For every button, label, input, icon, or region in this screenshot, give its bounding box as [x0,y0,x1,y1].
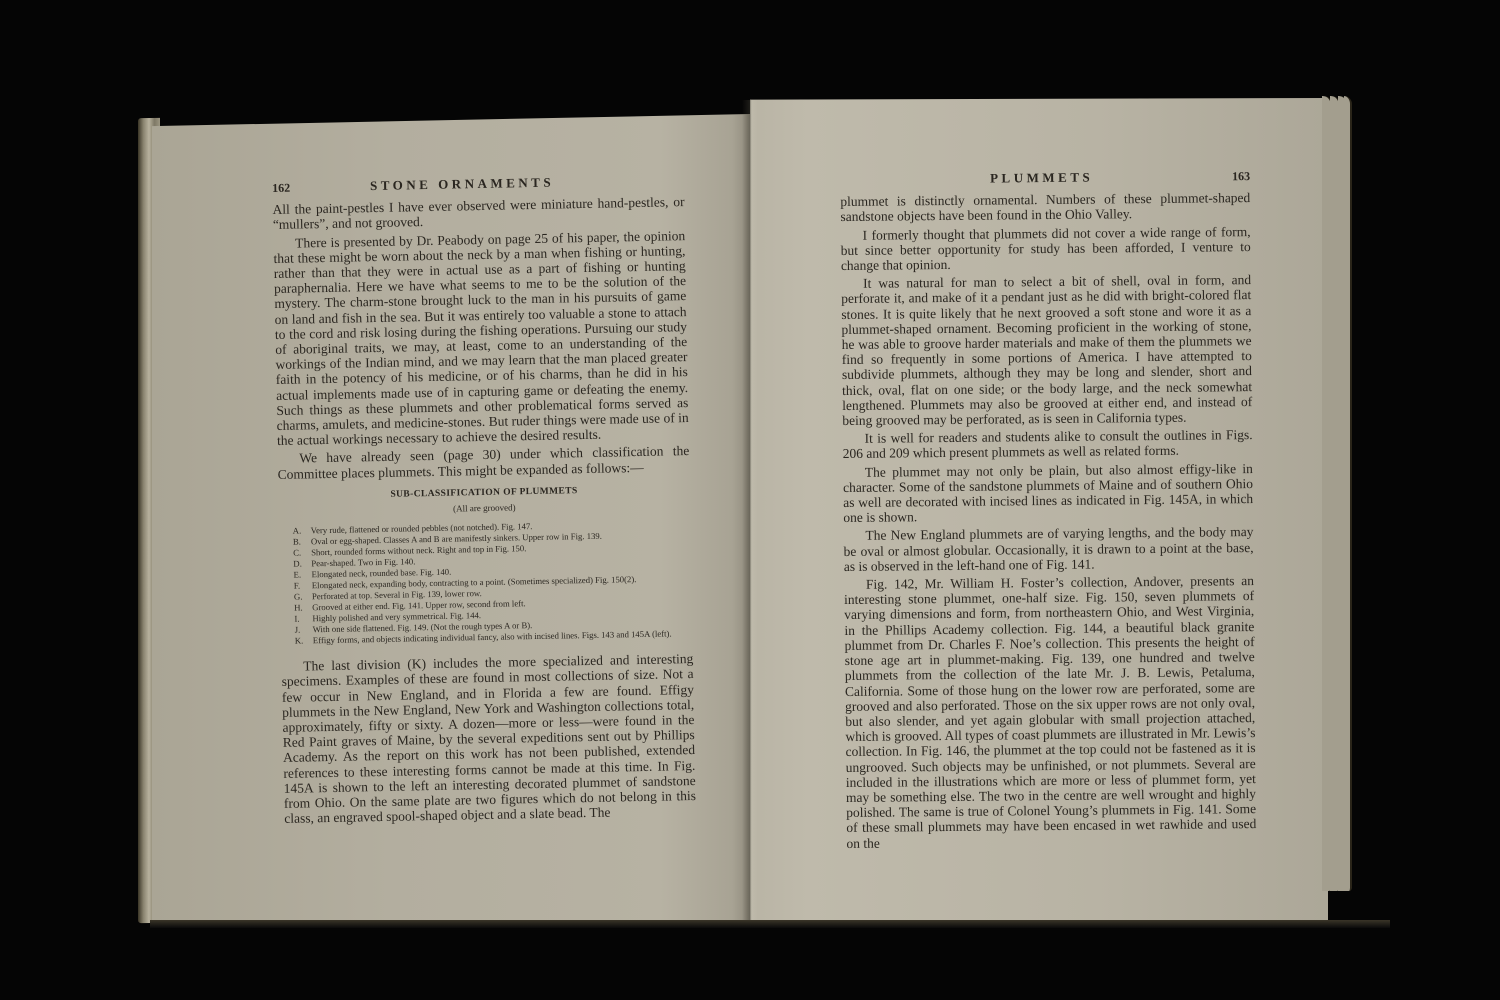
open-book: 162 STONE ORNAMENTS All the paint-pestle… [0,0,1500,1000]
page-number-right: 163 [1232,169,1250,184]
running-title-right: PLUMMETS [990,170,1093,186]
paragraph: All the paint-pestles I have ever observ… [272,194,685,232]
book-bottom-shadow [150,920,1390,928]
classification-list: A.Very rude, flattened or rounded pebble… [293,518,693,647]
paragraph: We have already seen (page 30) under whi… [277,443,690,481]
right-page-edges [1322,96,1392,891]
paragraph: The last division (K) includes the more … [281,651,696,826]
paragraph: The plummet may not only be plain, but a… [843,461,1254,526]
paragraph: The New England plummets are of varying … [843,525,1253,575]
paragraph: It was natural for man to select a bit o… [841,272,1252,428]
running-title-left: STONE ORNAMENTS [370,175,554,194]
paragraph: It is well for readers and students alik… [842,427,1252,461]
paragraph: Fig. 142, Mr. William H. Foster’s collec… [844,573,1257,851]
page-number-left: 162 [272,181,290,197]
paragraph: I formerly thought that plummets did not… [841,224,1251,274]
right-page-header: PLUMMETS 163 [840,168,1250,188]
book-gutter [742,100,758,926]
right-page-text: PLUMMETS 163 plummet is distinctly ornam… [840,168,1257,854]
paragraph: plummet is distinctly ornamental. Number… [840,190,1250,224]
left-page-text: 162 STONE ORNAMENTS All the paint-pestle… [272,172,696,829]
paragraph: There is presented by Dr. Peabody on pag… [273,228,689,449]
